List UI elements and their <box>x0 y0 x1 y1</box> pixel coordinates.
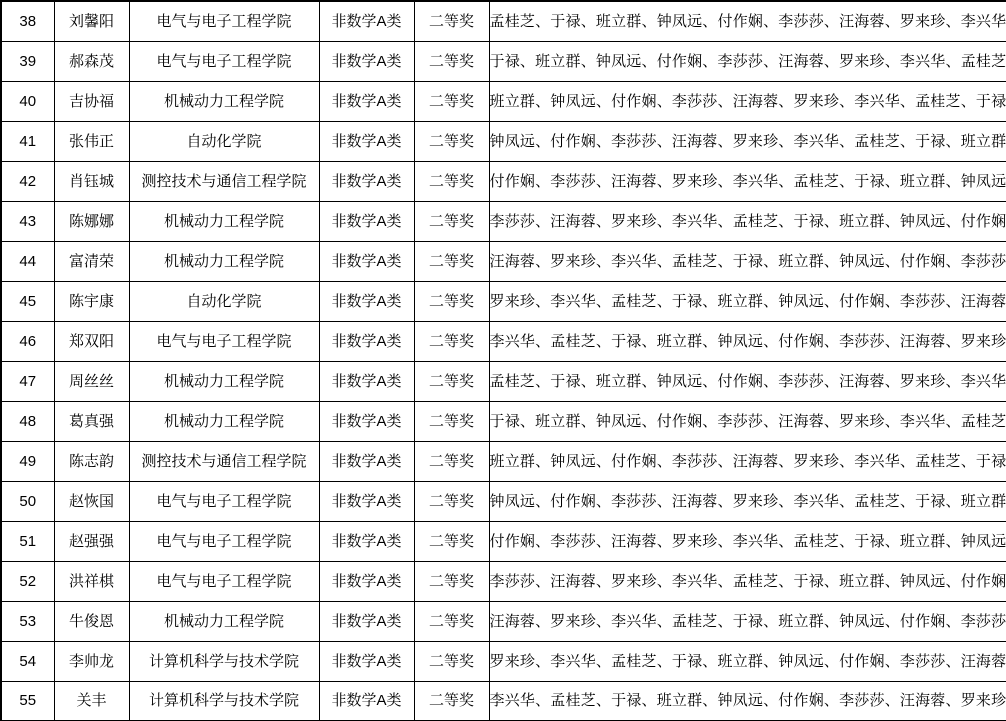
cell-serial-number: 43 <box>1 201 54 241</box>
cell-advisor-names: 付作娴、李莎莎、汪海蓉、罗来珍、李兴华、孟桂芝、于禄、班立群、钟凤远 <box>489 521 1006 561</box>
award-list-page: 38 刘馨阳 电气与电子工程学院 非数学A类 二等奖 孟桂芝、于禄、班立群、钟凤… <box>0 0 1006 721</box>
cell-serial-number: 53 <box>1 601 54 641</box>
cell-student-name: 洪祥棋 <box>54 561 129 601</box>
cell-student-name: 陈宇康 <box>54 281 129 321</box>
award-row: 55 关丰 计算机科学与技术学院 非数学A类 二等奖 李兴华、孟桂芝、于禄、班立… <box>1 681 1006 721</box>
cell-advisor-names: 汪海蓉、罗来珍、李兴华、孟桂芝、于禄、班立群、钟凤远、付作娴、李莎莎 <box>489 601 1006 641</box>
cell-student-name: 关丰 <box>54 681 129 721</box>
cell-category: 非数学A类 <box>319 161 414 201</box>
cell-category: 非数学A类 <box>319 41 414 81</box>
cell-student-name: 张伟正 <box>54 121 129 161</box>
cell-advisor-names: 钟凤远、付作娴、李莎莎、汪海蓉、罗来珍、李兴华、孟桂芝、于禄、班立群 <box>489 121 1006 161</box>
cell-serial-number: 51 <box>1 521 54 561</box>
cell-advisor-names: 于禄、班立群、钟凤远、付作娴、李莎莎、汪海蓉、罗来珍、李兴华、孟桂芝 <box>489 41 1006 81</box>
cell-student-name: 赵恢国 <box>54 481 129 521</box>
cell-category: 非数学A类 <box>319 121 414 161</box>
cell-college: 电气与电子工程学院 <box>129 321 319 361</box>
cell-category: 非数学A类 <box>319 281 414 321</box>
cell-award-level: 二等奖 <box>414 681 489 721</box>
cell-award-level: 二等奖 <box>414 281 489 321</box>
cell-college: 计算机科学与技术学院 <box>129 641 319 681</box>
cell-serial-number: 42 <box>1 161 54 201</box>
cell-award-level: 二等奖 <box>414 1 489 41</box>
award-table: 38 刘馨阳 电气与电子工程学院 非数学A类 二等奖 孟桂芝、于禄、班立群、钟凤… <box>0 0 1006 721</box>
cell-award-level: 二等奖 <box>414 401 489 441</box>
cell-advisor-names: 李莎莎、汪海蓉、罗来珍、李兴华、孟桂芝、于禄、班立群、钟凤远、付作娴 <box>489 201 1006 241</box>
cell-college: 电气与电子工程学院 <box>129 41 319 81</box>
cell-award-level: 二等奖 <box>414 241 489 281</box>
cell-serial-number: 48 <box>1 401 54 441</box>
award-row: 40 吉协福 机械动力工程学院 非数学A类 二等奖 班立群、钟凤远、付作娴、李莎… <box>1 81 1006 121</box>
award-row: 51 赵强强 电气与电子工程学院 非数学A类 二等奖 付作娴、李莎莎、汪海蓉、罗… <box>1 521 1006 561</box>
cell-category: 非数学A类 <box>319 441 414 481</box>
cell-advisor-names: 孟桂芝、于禄、班立群、钟凤远、付作娴、李莎莎、汪海蓉、罗来珍、李兴华 <box>489 361 1006 401</box>
cell-advisor-names: 钟凤远、付作娴、李莎莎、汪海蓉、罗来珍、李兴华、孟桂芝、于禄、班立群 <box>489 481 1006 521</box>
cell-college: 机械动力工程学院 <box>129 601 319 641</box>
cell-serial-number: 39 <box>1 41 54 81</box>
award-row: 54 李帅龙 计算机科学与技术学院 非数学A类 二等奖 罗来珍、李兴华、孟桂芝、… <box>1 641 1006 681</box>
cell-category: 非数学A类 <box>319 81 414 121</box>
cell-student-name: 陈志韵 <box>54 441 129 481</box>
cell-college: 机械动力工程学院 <box>129 81 319 121</box>
cell-college: 机械动力工程学院 <box>129 201 319 241</box>
award-row: 47 周丝丝 机械动力工程学院 非数学A类 二等奖 孟桂芝、于禄、班立群、钟凤远… <box>1 361 1006 401</box>
award-row: 42 肖钰城 测控技术与通信工程学院 非数学A类 二等奖 付作娴、李莎莎、汪海蓉… <box>1 161 1006 201</box>
award-row: 41 张伟正 自动化学院 非数学A类 二等奖 钟凤远、付作娴、李莎莎、汪海蓉、罗… <box>1 121 1006 161</box>
cell-serial-number: 41 <box>1 121 54 161</box>
award-row: 44 富清荣 机械动力工程学院 非数学A类 二等奖 汪海蓉、罗来珍、李兴华、孟桂… <box>1 241 1006 281</box>
cell-award-level: 二等奖 <box>414 81 489 121</box>
award-row: 43 陈娜娜 机械动力工程学院 非数学A类 二等奖 李莎莎、汪海蓉、罗来珍、李兴… <box>1 201 1006 241</box>
cell-college: 机械动力工程学院 <box>129 361 319 401</box>
cell-category: 非数学A类 <box>319 681 414 721</box>
cell-college: 测控技术与通信工程学院 <box>129 161 319 201</box>
cell-college: 机械动力工程学院 <box>129 241 319 281</box>
cell-advisor-names: 李兴华、孟桂芝、于禄、班立群、钟凤远、付作娴、李莎莎、汪海蓉、罗来珍 <box>489 321 1006 361</box>
cell-college: 电气与电子工程学院 <box>129 481 319 521</box>
cell-category: 非数学A类 <box>319 201 414 241</box>
cell-student-name: 富清荣 <box>54 241 129 281</box>
cell-serial-number: 40 <box>1 81 54 121</box>
award-row: 45 陈宇康 自动化学院 非数学A类 二等奖 罗来珍、李兴华、孟桂芝、于禄、班立… <box>1 281 1006 321</box>
cell-college: 自动化学院 <box>129 281 319 321</box>
cell-category: 非数学A类 <box>319 361 414 401</box>
cell-award-level: 二等奖 <box>414 481 489 521</box>
cell-award-level: 二等奖 <box>414 601 489 641</box>
award-row: 53 牛俊恩 机械动力工程学院 非数学A类 二等奖 汪海蓉、罗来珍、李兴华、孟桂… <box>1 601 1006 641</box>
cell-serial-number: 52 <box>1 561 54 601</box>
cell-college: 测控技术与通信工程学院 <box>129 441 319 481</box>
cell-advisor-names: 孟桂芝、于禄、班立群、钟凤远、付作娴、李莎莎、汪海蓉、罗来珍、李兴华 <box>489 1 1006 41</box>
award-row: 52 洪祥棋 电气与电子工程学院 非数学A类 二等奖 李莎莎、汪海蓉、罗来珍、李… <box>1 561 1006 601</box>
award-row: 48 葛真强 机械动力工程学院 非数学A类 二等奖 于禄、班立群、钟凤远、付作娴… <box>1 401 1006 441</box>
cell-category: 非数学A类 <box>319 561 414 601</box>
cell-category: 非数学A类 <box>319 601 414 641</box>
cell-serial-number: 47 <box>1 361 54 401</box>
cell-advisor-names: 罗来珍、李兴华、孟桂芝、于禄、班立群、钟凤远、付作娴、李莎莎、汪海蓉 <box>489 281 1006 321</box>
cell-advisor-names: 李莎莎、汪海蓉、罗来珍、李兴华、孟桂芝、于禄、班立群、钟凤远、付作娴 <box>489 561 1006 601</box>
cell-serial-number: 55 <box>1 681 54 721</box>
cell-student-name: 郑双阳 <box>54 321 129 361</box>
cell-student-name: 吉协福 <box>54 81 129 121</box>
cell-serial-number: 46 <box>1 321 54 361</box>
cell-award-level: 二等奖 <box>414 561 489 601</box>
award-row: 50 赵恢国 电气与电子工程学院 非数学A类 二等奖 钟凤远、付作娴、李莎莎、汪… <box>1 481 1006 521</box>
cell-college: 计算机科学与技术学院 <box>129 681 319 721</box>
cell-college: 电气与电子工程学院 <box>129 561 319 601</box>
cell-serial-number: 38 <box>1 1 54 41</box>
cell-category: 非数学A类 <box>319 481 414 521</box>
cell-serial-number: 54 <box>1 641 54 681</box>
cell-award-level: 二等奖 <box>414 121 489 161</box>
award-row: 49 陈志韵 测控技术与通信工程学院 非数学A类 二等奖 班立群、钟凤远、付作娴… <box>1 441 1006 481</box>
cell-advisor-names: 李兴华、孟桂芝、于禄、班立群、钟凤远、付作娴、李莎莎、汪海蓉、罗来珍 <box>489 681 1006 721</box>
cell-category: 非数学A类 <box>319 321 414 361</box>
cell-award-level: 二等奖 <box>414 41 489 81</box>
cell-award-level: 二等奖 <box>414 521 489 561</box>
award-table-body: 38 刘馨阳 电气与电子工程学院 非数学A类 二等奖 孟桂芝、于禄、班立群、钟凤… <box>1 1 1006 721</box>
cell-advisor-names: 班立群、钟凤远、付作娴、李莎莎、汪海蓉、罗来珍、李兴华、孟桂芝、于禄 <box>489 441 1006 481</box>
cell-category: 非数学A类 <box>319 521 414 561</box>
cell-college: 电气与电子工程学院 <box>129 521 319 561</box>
award-row: 46 郑双阳 电气与电子工程学院 非数学A类 二等奖 李兴华、孟桂芝、于禄、班立… <box>1 321 1006 361</box>
cell-student-name: 刘馨阳 <box>54 1 129 41</box>
award-row: 38 刘馨阳 电气与电子工程学院 非数学A类 二等奖 孟桂芝、于禄、班立群、钟凤… <box>1 1 1006 41</box>
cell-serial-number: 44 <box>1 241 54 281</box>
award-row: 39 郝森茂 电气与电子工程学院 非数学A类 二等奖 于禄、班立群、钟凤远、付作… <box>1 41 1006 81</box>
cell-student-name: 牛俊恩 <box>54 601 129 641</box>
cell-award-level: 二等奖 <box>414 161 489 201</box>
cell-advisor-names: 于禄、班立群、钟凤远、付作娴、李莎莎、汪海蓉、罗来珍、李兴华、孟桂芝 <box>489 401 1006 441</box>
cell-student-name: 肖钰城 <box>54 161 129 201</box>
cell-award-level: 二等奖 <box>414 441 489 481</box>
cell-category: 非数学A类 <box>319 401 414 441</box>
cell-student-name: 赵强强 <box>54 521 129 561</box>
cell-serial-number: 50 <box>1 481 54 521</box>
cell-award-level: 二等奖 <box>414 361 489 401</box>
cell-student-name: 陈娜娜 <box>54 201 129 241</box>
cell-advisor-names: 付作娴、李莎莎、汪海蓉、罗来珍、李兴华、孟桂芝、于禄、班立群、钟凤远 <box>489 161 1006 201</box>
cell-award-level: 二等奖 <box>414 641 489 681</box>
cell-award-level: 二等奖 <box>414 321 489 361</box>
cell-college: 机械动力工程学院 <box>129 401 319 441</box>
cell-category: 非数学A类 <box>319 1 414 41</box>
cell-college: 电气与电子工程学院 <box>129 1 319 41</box>
cell-college: 自动化学院 <box>129 121 319 161</box>
cell-category: 非数学A类 <box>319 241 414 281</box>
cell-student-name: 李帅龙 <box>54 641 129 681</box>
cell-advisor-names: 汪海蓉、罗来珍、李兴华、孟桂芝、于禄、班立群、钟凤远、付作娴、李莎莎 <box>489 241 1006 281</box>
cell-student-name: 周丝丝 <box>54 361 129 401</box>
cell-advisor-names: 班立群、钟凤远、付作娴、李莎莎、汪海蓉、罗来珍、李兴华、孟桂芝、于禄 <box>489 81 1006 121</box>
cell-serial-number: 45 <box>1 281 54 321</box>
cell-category: 非数学A类 <box>319 641 414 681</box>
cell-student-name: 葛真强 <box>54 401 129 441</box>
cell-serial-number: 49 <box>1 441 54 481</box>
cell-award-level: 二等奖 <box>414 201 489 241</box>
cell-student-name: 郝森茂 <box>54 41 129 81</box>
cell-advisor-names: 罗来珍、李兴华、孟桂芝、于禄、班立群、钟凤远、付作娴、李莎莎、汪海蓉 <box>489 641 1006 681</box>
